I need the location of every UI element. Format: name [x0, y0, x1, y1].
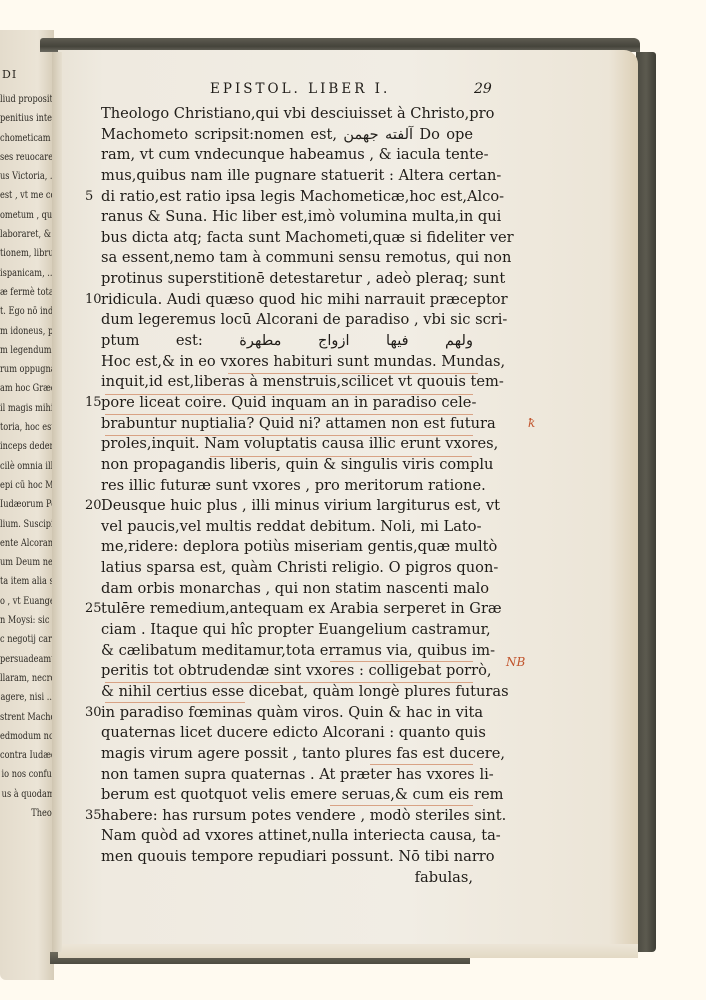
text-line: res illic futuræ sunt vxores , pro merit…: [101, 476, 473, 497]
text-line: bus dicta atq; facta sunt Machometi,quæ …: [101, 228, 473, 249]
line-text: Nam quòd ad vxores attinet,nulla interie…: [101, 827, 501, 844]
left-page-line: ente Alcorano:: [0, 534, 54, 553]
left-page-line: chometicam ...: [0, 129, 54, 148]
line-text: non propagandis liberis, quin & singulis…: [101, 456, 493, 473]
left-page-line: inceps dederem,: [0, 437, 54, 456]
text-line: non propagandis liberis, quin & singulis…: [101, 455, 473, 476]
text-line: ranus & Suna. Hic liber est,imò volumina…: [101, 207, 473, 228]
book-cover-right-edge: [636, 52, 656, 952]
red-underline: [105, 702, 245, 703]
line-number: 20: [85, 496, 102, 517]
left-page-line: rum oppugnare,: [0, 360, 54, 379]
left-page-line: ometum , qua-: [0, 206, 54, 225]
text-line: latius sparsa est, quàm Christi religio.…: [101, 558, 473, 579]
text-line: proles,inquit. Nam voluptatis causa illi…: [101, 434, 473, 455]
red-underline: [228, 373, 478, 374]
line-text: Machometo scripsit:nomen est, آلفته جهمن…: [101, 126, 473, 143]
text-line: magis virum agere possit , tanto plures …: [101, 744, 473, 765]
line-text: ranus & Suna. Hic liber est,imò volumina…: [101, 208, 501, 225]
left-page-line: edmodum nos: [0, 727, 54, 746]
left-page-line: laboraret, & l-: [0, 225, 54, 244]
left-page-line: llaram, necro-: [0, 669, 54, 688]
folio-number: 29: [474, 81, 492, 97]
red-underline: [105, 394, 473, 395]
line-text: ram, vt cum vndecunque habeamus , & iacu…: [101, 146, 489, 163]
line-text: di ratio,est ratio ipsa legis Machometic…: [101, 188, 504, 205]
left-page-line: m legendum ...: [0, 341, 54, 360]
red-underline: [330, 805, 473, 806]
line-text: magis virum agere possit , tanto plures …: [101, 745, 505, 762]
line-text: bus dicta atq; facta sunt Machometi,quæ …: [101, 229, 514, 246]
left-page-line: epi cū hoc Ma-: [0, 476, 54, 495]
left-page-line: Iudæorum Pen-: [0, 495, 54, 514]
running-head: EPISTOL. LIBER I.: [210, 81, 390, 97]
left-page-line: strent Macho-: [0, 708, 54, 727]
line-text: Theologo Christiano,qui vbi desciuisset …: [101, 105, 494, 122]
page-bottom-edge: [58, 944, 638, 958]
text-line: ram, vt cum vndecunque habeamus , & iacu…: [101, 145, 473, 166]
page-header: EPISTOL. LIBER I. 29: [0, 81, 706, 101]
line-number: 10: [85, 290, 102, 311]
line-text: mus,quibus nam ille pugnare statuerit : …: [101, 167, 501, 184]
line-text: latius sparsa est, quàm Christi religio.…: [101, 559, 498, 576]
line-text: & nihil certius esse dicebat, quàm longè…: [101, 683, 509, 700]
line-text: proles,inquit. Nam voluptatis causa illi…: [101, 435, 498, 452]
line-text: men quouis tempore repudiari possunt. Nō…: [101, 848, 495, 865]
red-underline: [105, 414, 473, 415]
red-underline: [330, 661, 473, 662]
marginal-note-k: ꝁ: [528, 416, 535, 430]
text-line: men quouis tempore repudiari possunt. Nō…: [101, 847, 473, 868]
left-page-line: persuadeamus ?: [0, 650, 54, 669]
left-page-line: m idoneus, pa-: [0, 322, 54, 341]
line-text: habere: has rursum potes vendere , modò …: [101, 807, 506, 824]
text-line: peritis tot obtrudendæ sint vxores : col…: [101, 661, 473, 682]
text-line: 5di ratio,est ratio ipsa legis Machometi…: [101, 187, 473, 208]
text-line: protinus superstitionē detestaretur , ad…: [101, 269, 473, 290]
text-line: Nam quòd ad vxores attinet,nulla interie…: [101, 826, 473, 847]
text-line: ptum est: ﻭﻟﻬﻢ ﻓﻴﻬﺎ ﺍﺯﻭﺍﺝ ﻣﻄﻬﺮﺓ: [101, 331, 473, 352]
left-page-line: penitius intellige-: [0, 109, 54, 128]
text-line: 35habere: has rursum potes vendere , mod…: [101, 806, 473, 827]
line-text: ridicula. Audi quæso quod hic mihi narra…: [101, 291, 508, 308]
line-text: vel paucis,vel multis reddat debitum. No…: [101, 518, 482, 535]
text-line: berum est quotquot velis emere seruas,& …: [101, 785, 473, 806]
line-number: 15: [85, 393, 102, 414]
left-page-line: toria, hoc est, v: [0, 418, 54, 437]
left-page-line: est , vt me con-: [0, 186, 54, 205]
text-line: inquit,id est,liberas à menstruis,scilic…: [101, 372, 473, 393]
text-line: 25tulēre remedium,antequam ex Arabia ser…: [101, 599, 473, 620]
left-page-line: ta item alia sunt: [0, 572, 54, 591]
left-page-line: us à quodam: [0, 785, 54, 804]
text-line: non tamen supra quaternas . At præter ha…: [101, 765, 473, 786]
left-page-text: liud propositumpenitius intellige-chomet…: [0, 90, 47, 823]
main-text-block: Theologo Christiano,qui vbi desciuisset …: [101, 104, 473, 888]
line-text: protinus superstitionē detestaretur , ad…: [101, 270, 505, 287]
line-text: in paradiso fœminas quàm viros. Quin & h…: [101, 704, 483, 721]
marginal-note-nb: NB: [506, 655, 525, 669]
line-text: dum legeremus locū Alcorani de paradiso …: [101, 311, 507, 328]
line-text: peritis tot obtrudendæ sint vxores : col…: [101, 662, 492, 679]
line-text: non tamen supra quaternas . At præter ha…: [101, 766, 494, 783]
line-text: ciam . Itaque qui hîc propter Euangelium…: [101, 621, 491, 638]
left-page-line: cilè omnia illius: [0, 457, 54, 476]
line-text: quaternas licet ducere edicto Alcorani :…: [101, 724, 486, 741]
left-page-header: DI: [2, 68, 17, 81]
line-text: Deusque huic plus , illi minus virium la…: [101, 497, 500, 514]
red-underline: [105, 682, 473, 683]
text-line: vel paucis,vel multis reddat debitum. No…: [101, 517, 473, 538]
text-line: & cælibatum meditamur,tota erramus via, …: [101, 641, 473, 662]
line-number: 35: [85, 806, 102, 827]
text-line: Machometo scripsit:nomen est, آلفته جهمن…: [101, 125, 473, 146]
line-text: brabuntur nuptialia? Quid ni? attamen no…: [101, 415, 496, 432]
line-text: fabulas,: [415, 869, 473, 886]
text-line: 20Deusque huic plus , illi minus virium …: [101, 496, 473, 517]
text-line: Theologo Christiano,qui vbi desciuisset …: [101, 104, 473, 125]
text-line: quaternas licet ducere edicto Alcorani :…: [101, 723, 473, 744]
text-line: sa essent,nemo tam à communi sensu remot…: [101, 248, 473, 269]
text-line: dam orbis monarchas , qui non statim nas…: [101, 579, 473, 600]
left-page-line: ses reuocare p-: [0, 148, 54, 167]
line-text: ptum est: ﻭﻟﻬﻢ ﻓﻴﻬﺎ ﺍﺯﻭﺍﺝ ﻣﻄﻬﺮﺓ: [101, 332, 473, 349]
left-page-line: Theo-: [0, 804, 54, 823]
left-page-line: æ fermè tota li-: [0, 283, 54, 302]
red-underline: [370, 764, 473, 765]
left-page-line: t. Ego nō indica: [0, 302, 54, 321]
left-page-line: tionem, librum: [0, 244, 54, 263]
text-line: & nihil certius esse dicebat, quàm longè…: [101, 682, 473, 703]
text-line: fabulas,: [101, 868, 473, 889]
left-page-line: am hoc Græcæ: [0, 379, 54, 398]
line-number: 5: [85, 187, 93, 208]
left-page-line: lium. Suscipiunt: [0, 515, 54, 534]
line-text: & cælibatum meditamur,tota erramus via, …: [101, 642, 495, 659]
left-page-line: us Victoria, ...: [0, 167, 54, 186]
line-text: sa essent,nemo tam à communi sensu remot…: [101, 249, 511, 266]
line-text: dam orbis monarchas , qui non statim nas…: [101, 580, 489, 597]
line-text: me,ridere: deplora potiùs miseriam genti…: [101, 538, 497, 555]
text-line: 15pore liceat coire. Quid inquam an in p…: [101, 393, 473, 414]
left-page: DI liud propositumpenitius intellige-cho…: [0, 30, 54, 980]
left-page-line: o , vt Euangelio: [0, 592, 54, 611]
left-page-line: il magis mihi a-: [0, 399, 54, 418]
left-page-line: n Moysi: sic ...: [0, 611, 54, 630]
text-line: me,ridere: deplora potiùs miseriam genti…: [101, 537, 473, 558]
red-underline: [210, 456, 472, 457]
left-page-line: agere, nisi ...: [0, 688, 54, 707]
line-number: 30: [85, 703, 102, 724]
gutter: [52, 52, 62, 952]
text-line: 10ridicula. Audi quæso quod hic mihi nar…: [101, 290, 473, 311]
left-page-line: c negotij cardo: [0, 630, 54, 649]
text-line: dum legeremus locū Alcorani de paradiso …: [101, 310, 473, 331]
left-page-line: um Deum ne-: [0, 553, 54, 572]
text-line: ciam . Itaque qui hîc propter Euangelium…: [101, 620, 473, 641]
line-number: 25: [85, 599, 102, 620]
line-text: res illic futuræ sunt vxores , pro merit…: [101, 477, 486, 494]
text-line: Hoc est,& in eo vxores habituri sunt mun…: [101, 352, 473, 373]
line-text: inquit,id est,liberas à menstruis,scilic…: [101, 373, 504, 390]
red-underline: [105, 435, 473, 436]
line-text: berum est quotquot velis emere seruas,& …: [101, 786, 503, 803]
line-text: pore liceat coire. Quid inquam an in par…: [101, 394, 476, 411]
left-page-line: io nos confu-: [0, 765, 54, 784]
left-page-line: ispanicam, ...: [0, 264, 54, 283]
text-line: brabuntur nuptialia? Quid ni? attamen no…: [101, 414, 473, 435]
line-text: Hoc est,& in eo vxores habituri sunt mun…: [101, 353, 505, 370]
line-text: tulēre remedium,antequam ex Arabia serpe…: [101, 600, 502, 617]
text-line: mus,quibus nam ille pugnare statuerit : …: [101, 166, 473, 187]
left-page-line: contra Iudæos ?: [0, 746, 54, 765]
text-line: 30in paradiso fœminas quàm viros. Quin &…: [101, 703, 473, 724]
